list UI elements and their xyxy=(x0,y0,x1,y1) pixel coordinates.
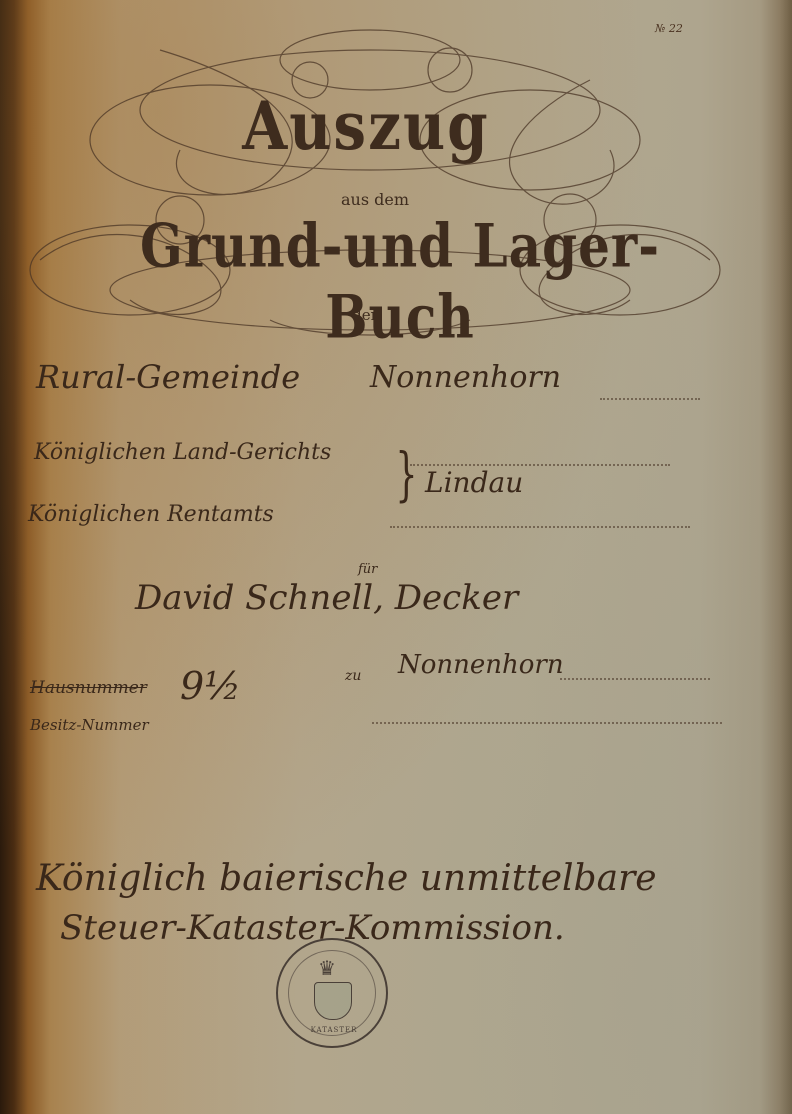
crown-icon: ♛ xyxy=(318,956,336,980)
owner-prefix: für xyxy=(358,562,377,577)
location-prefix: zu xyxy=(345,668,361,684)
authority-line-1: Königlich baierische unmittelbare xyxy=(36,858,657,899)
title-aus-dem: aus dem xyxy=(300,190,450,209)
dotted-fill-line xyxy=(390,526,690,528)
district-value: Lindau xyxy=(425,466,523,499)
title-grund-und-lager-buch: Grund-und Lager-Buch xyxy=(80,210,720,352)
dotted-fill-line xyxy=(560,678,710,680)
royal-stamp-seal: ♛ KATASTER xyxy=(276,938,388,1048)
title-der: der xyxy=(335,306,395,324)
location-value: Nonnenhorn xyxy=(398,650,564,680)
house-number-value: 9½ xyxy=(180,664,241,708)
house-number-label: Hausnummer xyxy=(30,678,147,698)
rent-office-label: Königlichen Rentamts xyxy=(28,502,274,527)
dotted-fill-line xyxy=(372,722,722,724)
dotted-fill-line xyxy=(600,398,700,400)
municipality-value: Nonnenhorn xyxy=(370,360,561,395)
municipality-label: Rural-Gemeinde xyxy=(36,358,300,396)
seal-text: KATASTER xyxy=(298,1026,370,1034)
owner-name: David Schnell, Decker xyxy=(135,578,518,618)
brace: } xyxy=(395,440,417,508)
title-auszug: Auszug xyxy=(0,87,732,165)
coat-of-arms-icon xyxy=(314,982,352,1020)
property-number-label: Besitz-Nummer xyxy=(30,716,149,734)
land-court-label: Königlichen Land-Gerichts xyxy=(34,440,331,465)
